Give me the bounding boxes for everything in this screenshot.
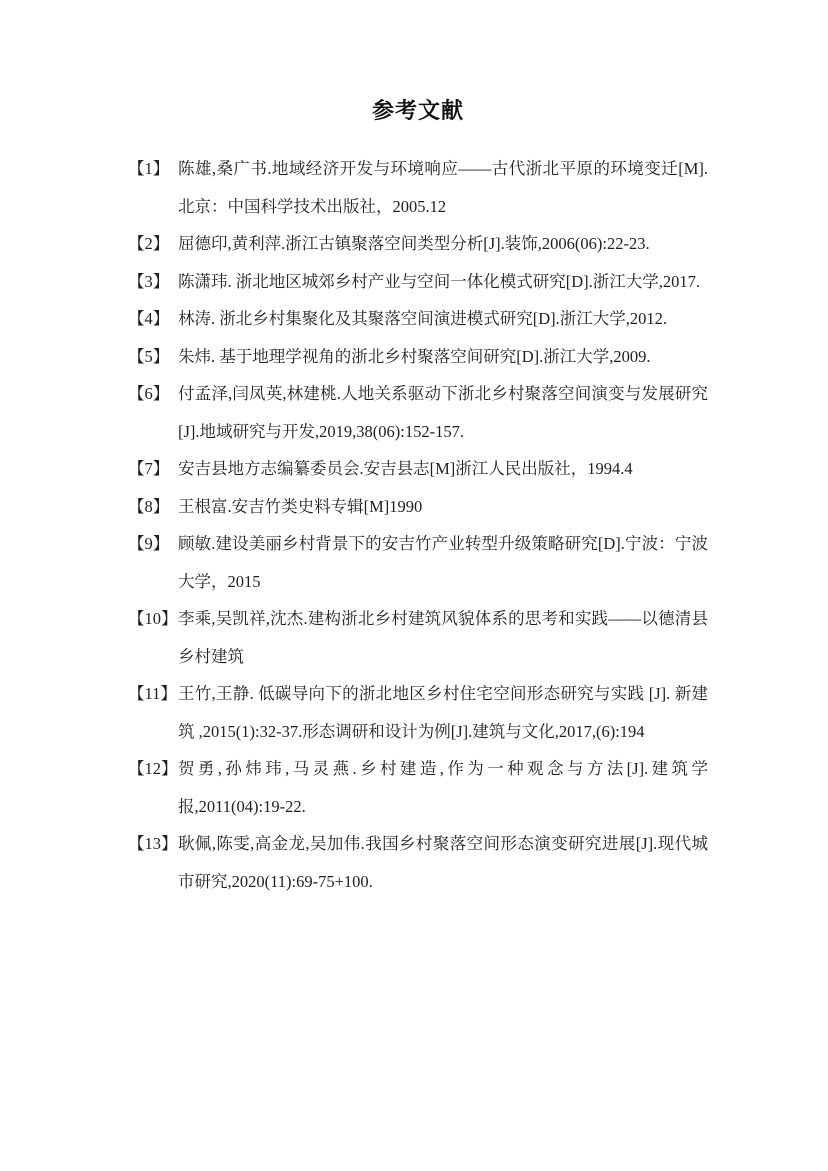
reference-citation: 付孟泽,闫凤英,林建桃.人地关系驱动下浙北乡村聚落空间演变与发展研究[J].地域… [178,375,708,450]
reference-number: 【4】 [128,300,178,338]
reference-number: 【1】 [128,150,178,188]
reference-item: 【12】 贺勇,孙炜玮,马灵燕.乡村建造,作为一种观念与方法[J].建筑学报,2… [128,750,708,825]
reference-item: 【3】 陈潇玮. 浙北地区城郊乡村产业与空间一体化模式研究[D].浙江大学,20… [128,263,708,301]
reference-item: 【10】 李乘,吴凯祥,沈杰.建构浙北乡村建筑风貌体系的思考和实践——以德清县乡… [128,600,708,675]
page-title: 参考文献 [128,96,708,126]
reference-number: 【5】 [128,338,178,376]
reference-citation: 王根富.安吉竹类史料专辑[M]1990 [178,488,708,526]
document-page: 参考文献 【1】 陈雄,桑广书.地域经济开发与环境响应——古代浙北平原的环境变迁… [0,0,828,1171]
reference-number: 【11】 [128,675,178,713]
reference-citation: 王竹,王静. 低碳导向下的浙北地区乡村住宅空间形态研究与实践 [J]. 新建筑 … [178,675,708,750]
reference-item: 【5】 朱炜. 基于地理学视角的浙北乡村聚落空间研究[D].浙江大学,2009. [128,338,708,376]
reference-number: 【10】 [128,600,178,638]
reference-citation: 朱炜. 基于地理学视角的浙北乡村聚落空间研究[D].浙江大学,2009. [178,338,708,376]
reference-citation: 安吉县地方志编纂委员会.安吉县志[M]浙江人民出版社，1994.4 [178,450,708,488]
reference-item: 【6】 付孟泽,闫凤英,林建桃.人地关系驱动下浙北乡村聚落空间演变与发展研究[J… [128,375,708,450]
reference-item: 【9】 顾敏.建设美丽乡村背景下的安吉竹产业转型升级策略研究[D].宁波：宁波大… [128,525,708,600]
reference-citation: 陈潇玮. 浙北地区城郊乡村产业与空间一体化模式研究[D].浙江大学,2017. [178,263,708,301]
reference-number: 【2】 [128,225,178,263]
reference-citation: 贺勇,孙炜玮,马灵燕.乡村建造,作为一种观念与方法[J].建筑学报,2011(0… [178,750,708,825]
reference-item: 【7】 安吉县地方志编纂委员会.安吉县志[M]浙江人民出版社，1994.4 [128,450,708,488]
reference-citation: 屈德印,黄利萍.浙江古镇聚落空间类型分析[J].装饰,2006(06):22-2… [178,225,708,263]
reference-item: 【11】 王竹,王静. 低碳导向下的浙北地区乡村住宅空间形态研究与实践 [J].… [128,675,708,750]
reference-item: 【13】 耿佩,陈雯,高金龙,吴加伟.我国乡村聚落空间形态演变研究进展[J].现… [128,825,708,900]
reference-citation: 陈雄,桑广书.地域经济开发与环境响应——古代浙北平原的环境变迁[M].北京：中国… [178,150,708,225]
reference-citation: 顾敏.建设美丽乡村背景下的安吉竹产业转型升级策略研究[D].宁波：宁波大学，20… [178,525,708,600]
reference-number: 【7】 [128,450,178,488]
reference-list: 【1】 陈雄,桑广书.地域经济开发与环境响应——古代浙北平原的环境变迁[M].北… [128,150,708,900]
reference-citation: 耿佩,陈雯,高金龙,吴加伟.我国乡村聚落空间形态演变研究进展[J].现代城市研究… [178,825,708,900]
reference-item: 【2】 屈德印,黄利萍.浙江古镇聚落空间类型分析[J].装饰,2006(06):… [128,225,708,263]
reference-number: 【13】 [128,825,178,863]
reference-number: 【9】 [128,525,178,563]
reference-number: 【6】 [128,375,178,413]
reference-citation: 李乘,吴凯祥,沈杰.建构浙北乡村建筑风貌体系的思考和实践——以德清县乡村建筑 [178,600,708,675]
reference-number: 【8】 [128,488,178,526]
reference-number: 【3】 [128,263,178,301]
reference-number: 【12】 [128,750,178,788]
reference-item: 【8】 王根富.安吉竹类史料专辑[M]1990 [128,488,708,526]
reference-citation: 林涛. 浙北乡村集聚化及其聚落空间演进模式研究[D].浙江大学,2012. [178,300,708,338]
reference-item: 【1】 陈雄,桑广书.地域经济开发与环境响应——古代浙北平原的环境变迁[M].北… [128,150,708,225]
reference-item: 【4】 林涛. 浙北乡村集聚化及其聚落空间演进模式研究[D].浙江大学,2012… [128,300,708,338]
